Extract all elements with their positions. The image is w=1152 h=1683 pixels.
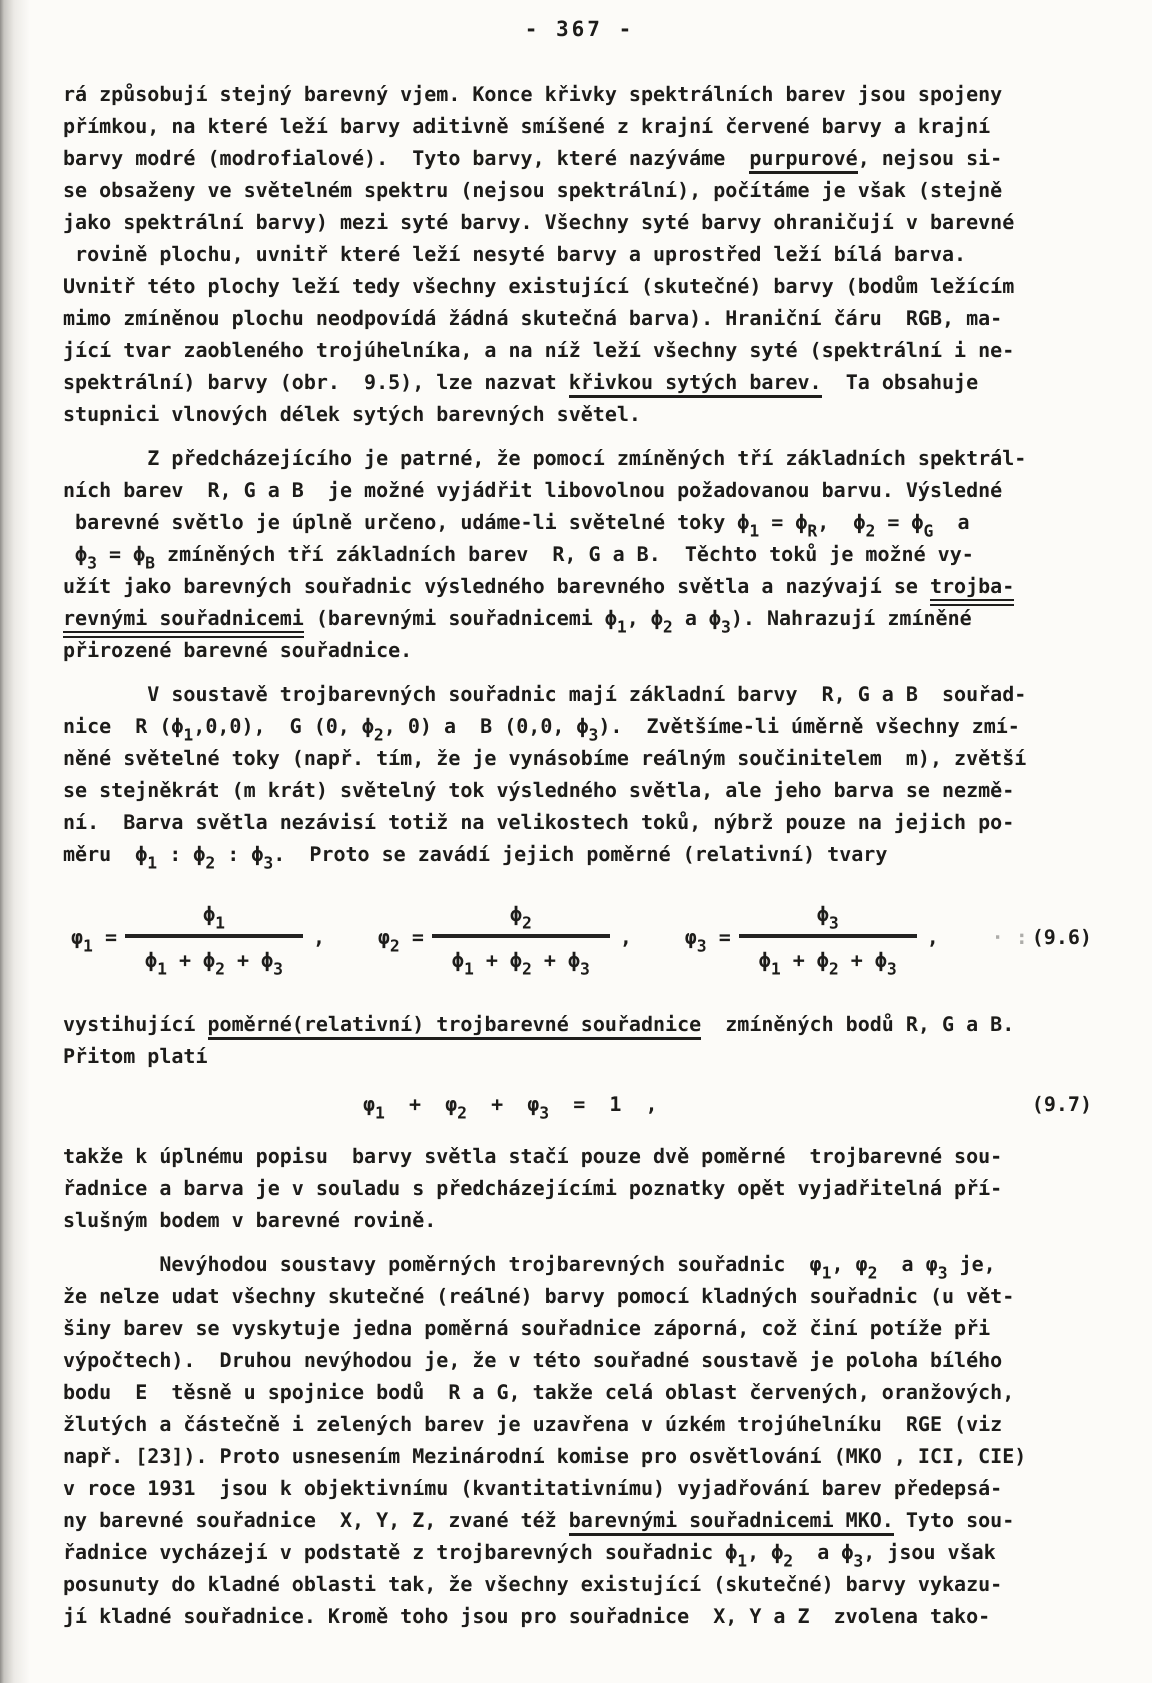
fraction-numerator: ϕ1 bbox=[193, 898, 235, 934]
text-line: se stejněkrát (m krát) světelný tok výsl… bbox=[63, 774, 1096, 806]
text-line: něné světelné toky (např. tím, že je vyn… bbox=[63, 742, 1096, 774]
text-line: V soustavě trojbarevných souřadnic mají … bbox=[63, 678, 1096, 710]
text-line: Nevýhodou soustavy poměrných trojbarevný… bbox=[63, 1248, 1096, 1280]
text-line: nice R (ϕ1,0,0), G (0, ϕ2, 0) a B (0,0, … bbox=[63, 710, 1096, 742]
equation-lhs: φ2 = bbox=[378, 921, 424, 953]
text-line: slušným bodem v barevné rovině. bbox=[63, 1204, 1096, 1236]
text-line: se obsaženy ve světelném spektru (nejsou… bbox=[63, 174, 1096, 206]
text-line: rá způsobují stejný barevný vjem. Konce … bbox=[63, 78, 1096, 110]
text-line: v roce 1931 jsou k objektivnímu (kvantit… bbox=[63, 1472, 1096, 1504]
fraction: ϕ3 ϕ1 + ϕ2 + ϕ3 bbox=[739, 898, 917, 976]
paragraph-4: vystihující poměrné(relativní) trojbarev… bbox=[63, 1008, 1096, 1072]
text-line: barevné světlo je úplně určeno, udáme-li… bbox=[63, 506, 1096, 538]
equation-term-phi3: φ3 = ϕ3 ϕ1 + ϕ2 + ϕ3 , bbox=[685, 898, 939, 976]
text-line: užít jako barevných souřadnic výsledného… bbox=[63, 570, 1096, 602]
text-line: vystihující poměrné(relativní) trojbarev… bbox=[63, 1008, 1096, 1040]
text-line: ny barevné souřadnice X, Y, Z, zvané též… bbox=[63, 1504, 1096, 1536]
fraction-denominator: ϕ1 + ϕ2 + ϕ3 bbox=[125, 934, 303, 976]
text-line: rovině plochu, uvnitř které leží nesyté … bbox=[63, 238, 1096, 270]
text-line: mimo zmíněnou plochu neodpovídá žádná sk… bbox=[63, 302, 1096, 334]
equation-number-9-7: (9.7) bbox=[1032, 1086, 1092, 1122]
equation-number-9-6: (9.6) bbox=[992, 921, 1092, 953]
text-line: ϕ3 = ϕB zmíněných tří základních barev R… bbox=[63, 538, 1096, 570]
equation-9-7: φ1 + φ2 + φ3 = 1 , (9.7) bbox=[63, 1086, 1092, 1122]
equation-lhs: φ1 = bbox=[71, 921, 117, 953]
paragraph-3: V soustavě trojbarevných souřadnic mají … bbox=[63, 678, 1096, 870]
equation-9-6: φ1 = ϕ1 ϕ1 + ϕ2 + ϕ3 , φ2 = ϕ2 ϕ1 + ϕ2 +… bbox=[71, 882, 1092, 992]
text-line: jí kladné souřadnice. Kromě toho jsou pr… bbox=[63, 1600, 1096, 1632]
text-line: ní. Barva světla nezávisí totiž na velik… bbox=[63, 806, 1096, 838]
text-line: měru ϕ1 : ϕ2 : ϕ3. Proto se zavádí jejic… bbox=[63, 838, 1096, 870]
text-line: výpočtech). Druhou nevýhodou je, že v té… bbox=[63, 1344, 1096, 1376]
fraction-denominator: ϕ1 + ϕ2 + ϕ3 bbox=[739, 934, 917, 976]
text-line: řadnice vycházejí v podstatě z trojbarev… bbox=[63, 1536, 1096, 1568]
paragraph-6: Nevýhodou soustavy poměrných trojbarevný… bbox=[63, 1248, 1096, 1632]
text-line: řadnice a barva je v souladu s předcháze… bbox=[63, 1172, 1096, 1204]
text-line: Uvnitř této plochy leží tedy všechny exi… bbox=[63, 270, 1096, 302]
text-line: spektrální) barvy (obr. 9.5), lze nazvat… bbox=[63, 366, 1096, 398]
equation-separator: , bbox=[927, 921, 939, 953]
text-line: posunuty do kladné oblasti tak, že všech… bbox=[63, 1568, 1096, 1600]
fraction-denominator: ϕ1 + ϕ2 + ϕ3 bbox=[432, 934, 610, 976]
text-line: Z předcházejícího je patrné, že pomocí z… bbox=[63, 442, 1096, 474]
text-line: šiny barev se vyskytuje jedna poměrná so… bbox=[63, 1312, 1096, 1344]
equation-separator: , bbox=[620, 921, 632, 953]
text-line: přirozené barevné souřadnice. bbox=[63, 634, 1096, 666]
text-line: ních barev R, G a B je možné vyjádřit li… bbox=[63, 474, 1096, 506]
fraction-numerator: ϕ3 bbox=[807, 898, 849, 934]
text-line: např. [23]). Proto usnesením Mezinárodní… bbox=[63, 1440, 1096, 1472]
equation-lhs: φ3 = bbox=[685, 921, 731, 953]
document-page: - 367 - rá způsobují stejný barevný vjem… bbox=[0, 0, 1152, 1683]
text-line: že nelze udat všechny skutečné (reálné) … bbox=[63, 1280, 1096, 1312]
text-line: barvy modré (modrofialové). Tyto barvy, … bbox=[63, 142, 1096, 174]
paragraph-2: Z předcházejícího je patrné, že pomocí z… bbox=[63, 442, 1096, 666]
paragraph-5: takže k úplnému popisu barvy světla stač… bbox=[63, 1140, 1096, 1236]
text-line: přímkou, na které leží barvy aditivně sm… bbox=[63, 110, 1096, 142]
text-line: stupnici vlnových délek sytých barevných… bbox=[63, 398, 1096, 430]
text-line: revnými souřadnicemi (barevnými souřadni… bbox=[63, 602, 1096, 634]
fraction: ϕ2 ϕ1 + ϕ2 + ϕ3 bbox=[432, 898, 610, 976]
equation-separator: , bbox=[313, 921, 325, 953]
paragraph-1: rá způsobují stejný barevný vjem. Konce … bbox=[63, 78, 1096, 430]
text-line: žlutých a částečně i zelených barev je u… bbox=[63, 1408, 1096, 1440]
text-line: bodu E těsně u spojnice bodů R a G, takž… bbox=[63, 1376, 1096, 1408]
page-number: - 367 - bbox=[63, 14, 1096, 44]
fraction: ϕ1 ϕ1 + ϕ2 + ϕ3 bbox=[125, 898, 303, 976]
equation-term-phi2: φ2 = ϕ2 ϕ1 + ϕ2 + ϕ3 , bbox=[378, 898, 632, 976]
text-line: takže k úplnému popisu barvy světla stač… bbox=[63, 1140, 1096, 1172]
fraction-numerator: ϕ2 bbox=[500, 898, 542, 934]
equation-body: φ1 + φ2 + φ3 = 1 , bbox=[363, 1086, 658, 1122]
text-line: jako spektrální barvy) mezi syté barvy. … bbox=[63, 206, 1096, 238]
text-line: jící tvar zaobleného trojúhelníka, a na … bbox=[63, 334, 1096, 366]
equation-term-phi1: φ1 = ϕ1 ϕ1 + ϕ2 + ϕ3 , bbox=[71, 898, 325, 976]
text-line: Přitom platí bbox=[63, 1040, 1096, 1072]
